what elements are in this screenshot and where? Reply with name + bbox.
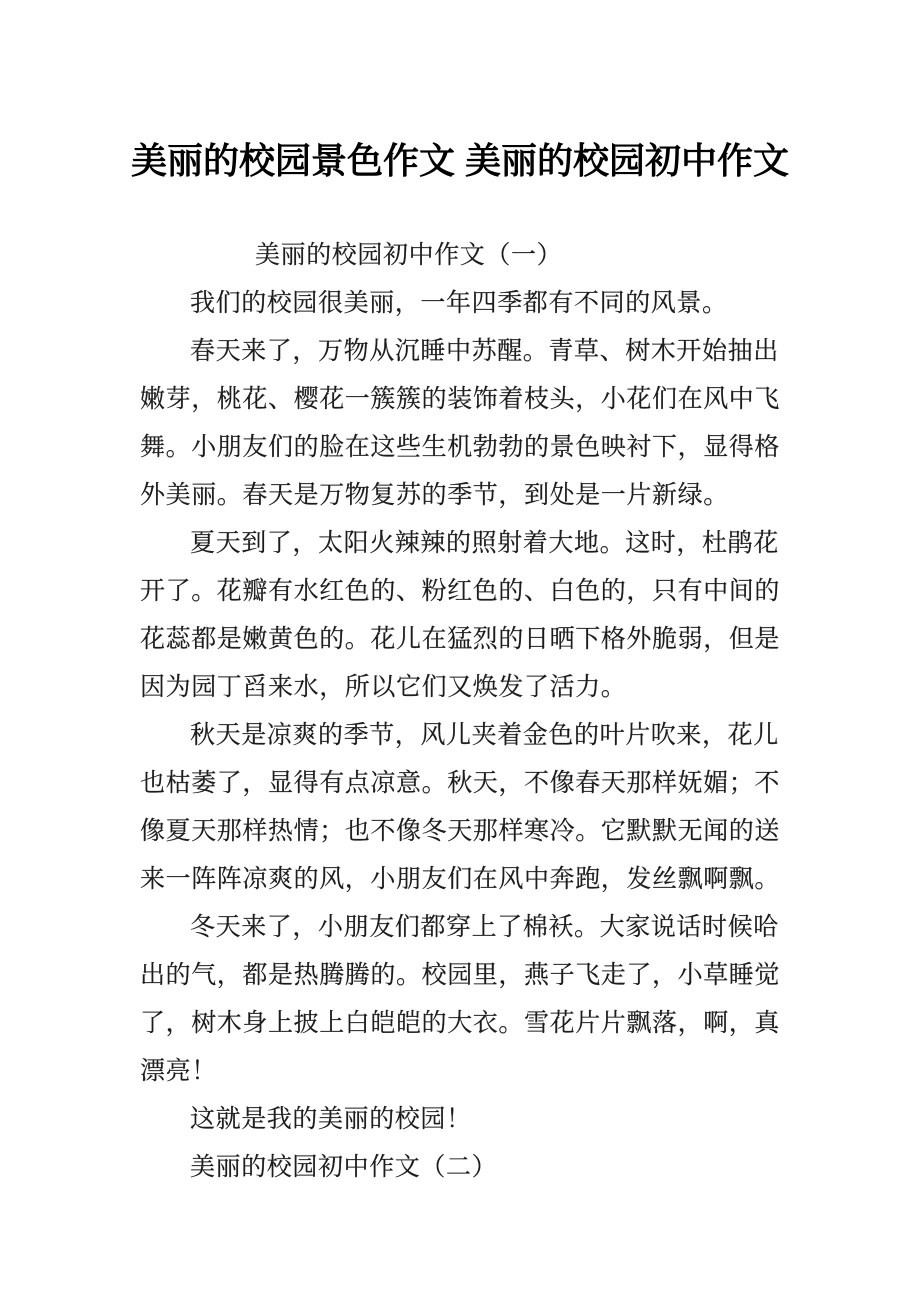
text-line: 开了。花瓣有水红色的、粉红色的、白色的，只有中间的: [140, 568, 795, 616]
text-line: 我们的校园很美丽，一年四季都有不同的风景。: [190, 280, 795, 328]
text-line: 秋天是凉爽的季节，风儿夹着金色的叶片吹来，花儿: [190, 712, 795, 760]
text-line: 像夏天那样热情；也不像冬天那样寒冷。它默默无闻的送: [140, 808, 795, 856]
text-line: 舞。小朋友们的脸在这些生机勃勃的景色映衬下，显得格: [140, 424, 795, 472]
text-line: 漂亮！: [140, 1048, 795, 1096]
text-line: 夏天到了，太阳火辣辣的照射着大地。这时，杜鹃花: [190, 520, 795, 568]
section-heading-line: 美丽的校园初中作文（一）: [255, 232, 795, 280]
text-line: 花蕊都是嫩黄色的。花儿在猛烈的日晒下格外脆弱，但是: [140, 616, 795, 664]
text-line: 也枯萎了，显得有点凉意。秋天，不像春天那样妩媚；不: [140, 760, 795, 808]
text-line: 来一阵阵凉爽的风，小朋友们在风中奔跑，发丝飘啊飘。: [140, 856, 795, 904]
section-heading-line: 美丽的校园初中作文（二）: [190, 1144, 795, 1192]
document-page: 美丽的校园景色作文 美丽的校园初中作文 美丽的校园初中作文（一） 我们的校园很美…: [0, 0, 920, 1302]
text-line: 了，树木身上披上白皑皑的大衣。雪花片片飘落，啊，真: [140, 1000, 795, 1048]
text-line: 冬天来了，小朋友们都穿上了棉袄。大家说话时候哈: [190, 904, 795, 952]
text-line: 嫩芽，桃花、樱花一簇簇的装饰着枝头，小花们在风中飞: [140, 376, 795, 424]
text-line: 这就是我的美丽的校园！: [190, 1096, 795, 1144]
text-line: 春天来了，万物从沉睡中苏醒。青草、树木开始抽出: [190, 328, 795, 376]
document-title: 美丽的校园景色作文 美丽的校园初中作文: [0, 0, 920, 186]
text-line: 因为园丁舀来水，所以它们又焕发了活力。: [140, 664, 795, 712]
text-line: 出的气，都是热腾腾的。校园里，燕子飞走了，小草睡觉: [140, 952, 795, 1000]
text-line: 外美丽。春天是万物复苏的季节，到处是一片新绿。: [140, 472, 795, 520]
document-body: 美丽的校园初中作文（一） 我们的校园很美丽，一年四季都有不同的风景。 春天来了，…: [140, 232, 795, 1192]
